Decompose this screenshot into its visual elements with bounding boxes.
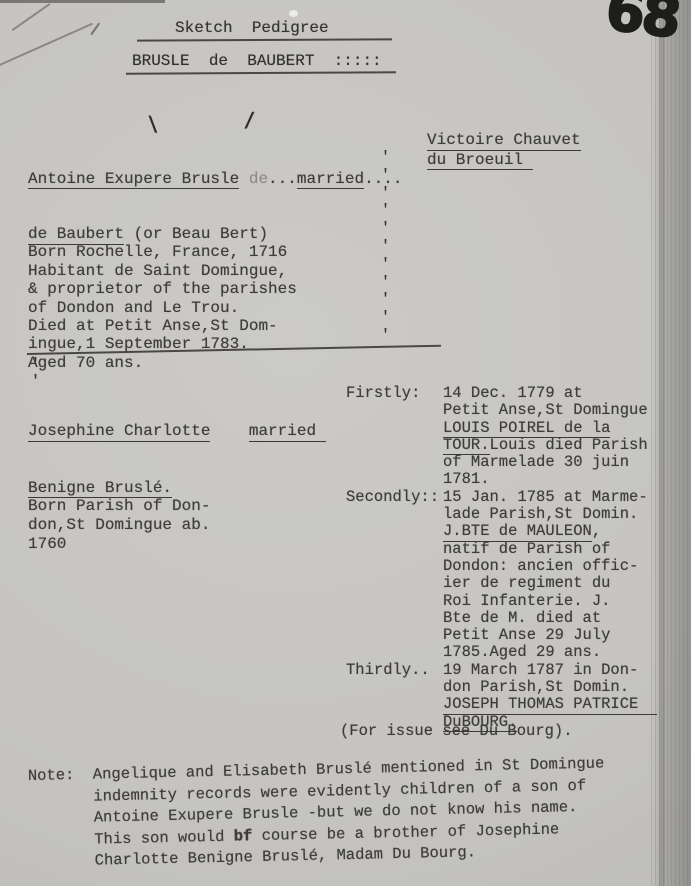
marriage-order-label: Thirdly.. [346,662,443,731]
text-segment: Dondon: ancien offic- [443,557,638,575]
paper-speck [289,10,298,17]
text-segment: of Dondon and Le Trou. [28,299,239,317]
text-segment: 1781. [443,470,490,488]
text-line: 1760 [28,535,326,554]
text-segment: of Marmelade 30 juin [443,453,629,471]
text-line: of Dondon and Le Trou. [28,299,402,317]
subtitle-underline [126,71,396,74]
mother-entry: Victoire Chauvetdu Broeuil [427,131,581,170]
text-line: 19 March 1787 in Don- [443,662,691,679]
text-line: Born Rochelle, France, 1716 [28,243,402,261]
text-segment: , [592,522,601,540]
text-segment: (or Beau Bert) [124,225,268,243]
text-segment: Aged 70 ans. [28,354,143,372]
father-entry: Antoine Exupere Brusle de...married.... … [28,133,402,409]
text-line: du Broeuil [427,151,581,171]
text-segment: 14 Dec. 1779 at [443,384,583,402]
text-segment: ... [268,170,297,188]
text-line: J.BTE de MAULEON, [443,523,691,540]
text-segment: Bte de M. died at [443,609,601,627]
note-section: Note: Angelique and Elisabeth Bruslé men… [28,752,675,874]
text-segment: Antoine Exupere Brusle [28,170,239,190]
daughter-name-married-line: Josephine Charlotte married [28,422,326,441]
marriage-details: 14 Dec. 1779 atPetit Anse,St DomingueLOU… [443,385,691,489]
text-segment: du Broeuil [427,151,533,171]
text-line: Born Parish of Don- [28,497,326,516]
text-segment: Born Parish of Don- [28,497,210,515]
text-segment: 1785.Aged 29 ans. [443,643,601,661]
text-line: & proprietor of the parishes [28,280,402,298]
text-line: Petit Anse,St Domingue [443,402,691,419]
text-line: Petit Anse 29 July [443,627,691,644]
text-segment: Victoire Chauvet [427,131,581,151]
text-segment: & proprietor of the parishes [28,280,297,298]
marriage-details: 15 Jan. 1785 at Marme-lade Parish,St Dom… [443,489,691,662]
text-segment: lade Parish,St Domin. [443,505,638,523]
text-segment: Josephine Charlotte [28,422,210,442]
handwritten-page-number: 68 [602,0,681,51]
text-line: Bte de M. died at [443,610,691,627]
daughter-entry: Josephine Charlotte married Benigne Brus… [28,385,326,591]
text-segment: ier de regiment du [443,574,610,592]
text-segment: de Baubert [28,225,124,245]
text-line: TOUR.Louis died Parish [443,437,691,454]
text-line: ier de regiment du [443,575,691,592]
text-segment: Habitant de Saint Domingue, [28,262,287,280]
text-segment: 15 Jan. 1785 at Marme- [443,488,648,506]
text-segment: don,St Domingue ab. [28,516,210,534]
page-subtitle: BRUSLE de BAUBERT ::::: [132,52,382,70]
father-name-married-line: Antoine Exupere Brusle de...married.... [28,170,402,188]
marriage-order-label: Secondly:: [346,489,443,662]
text-segment: Petit Anse,St Domingue [443,401,648,419]
daughter-details: Benigne Bruslé.Born Parish of Don-don,St… [28,479,326,554]
text-line: lade Parish,St Domin. [443,506,691,523]
text-segment: don Parish,St Domin. [443,678,629,696]
title-underline [137,38,392,41]
marriage-details: 19 March 1787 in Don-don Parish,St Domin… [443,662,691,731]
text-segment: Born Rochelle, France, 1716 [28,243,287,261]
note-text: Angelique and Elisabeth Bruslé mentioned… [93,752,675,873]
text-segment [210,422,248,440]
marriage-entry: Firstly:14 Dec. 1779 atPetit Anse,St Dom… [346,385,691,489]
text-segment: married [297,170,364,190]
text-segment: Died at Petit Anse,St Dom- [28,317,278,335]
text-segment: 19 March 1787 in Don- [443,661,638,679]
text-segment: Petit Anse 29 July [443,626,610,644]
text-line: 14 Dec. 1779 at [443,385,691,402]
text-line: natif de Parish of [443,541,691,558]
text-segment: natif de Parish of [443,540,610,558]
text-line: 1785.Aged 29 ans. [443,644,691,661]
text-segment: de [239,170,268,188]
text-line: 1781. [443,471,691,488]
issue-reference: (For issue see Du Bourg). [340,722,573,740]
text-segment: bf [234,827,253,845]
page-title: Sketch Pedigree [175,19,329,37]
text-line: don,St Domingue ab. [28,516,326,535]
marriage-entry: Thirdly..19 March 1787 in Don-don Parish… [346,662,691,731]
text-segment: This son would [94,827,234,848]
text-line: 15 Jan. 1785 at Marme- [443,489,691,506]
text-segment: JOSEPH THOMAS PATRICE [443,695,657,715]
text-line: JOSEPH THOMAS PATRICE [443,696,691,713]
text-line: Dondon: ancien offic- [443,558,691,575]
text-line: LOUIS POIREL de la [443,420,691,437]
marriage-list: Firstly:14 Dec. 1779 atPetit Anse,St Dom… [346,385,691,731]
text-line: don Parish,St Domin. [443,679,691,696]
text-line: de Baubert (or Beau Bert) [28,225,402,243]
text-segment: Benigne Bruslé. [28,479,172,499]
text-line: Benigne Bruslé. [28,479,326,498]
marriage-connector-dotted-line: ' ' ' ' ' ' ' ' ' ' ' [381,149,390,345]
text-line: Aged 70 ans. [28,354,402,372]
text-segment: married [249,422,326,442]
text-segment: 1760 [28,535,66,553]
text-segment: Roi Infanterie. J. [443,592,610,610]
handwritten-accent-acute: / [242,110,257,136]
text-line: Roi Infanterie. J. [443,593,691,610]
note-label: Note: [28,765,95,874]
scan-smudge [0,0,165,3]
text-line: Died at Petit Anse,St Dom- [28,317,402,335]
text-line: Victoire Chauvet [427,131,581,151]
scratch-mark [12,3,51,31]
scanned-pedigree-page: 68 Sketch Pedigree BRUSLE de BAUBERT :::… [0,0,691,886]
text-segment: Louis died Parish [490,436,648,454]
marriage-order-label: Firstly: [346,385,443,489]
text-line: of Marmelade 30 juin [443,454,691,471]
marriage-entry: Secondly::15 Jan. 1785 at Marme-lade Par… [346,489,691,662]
text-line: Habitant de Saint Domingue, [28,262,402,280]
